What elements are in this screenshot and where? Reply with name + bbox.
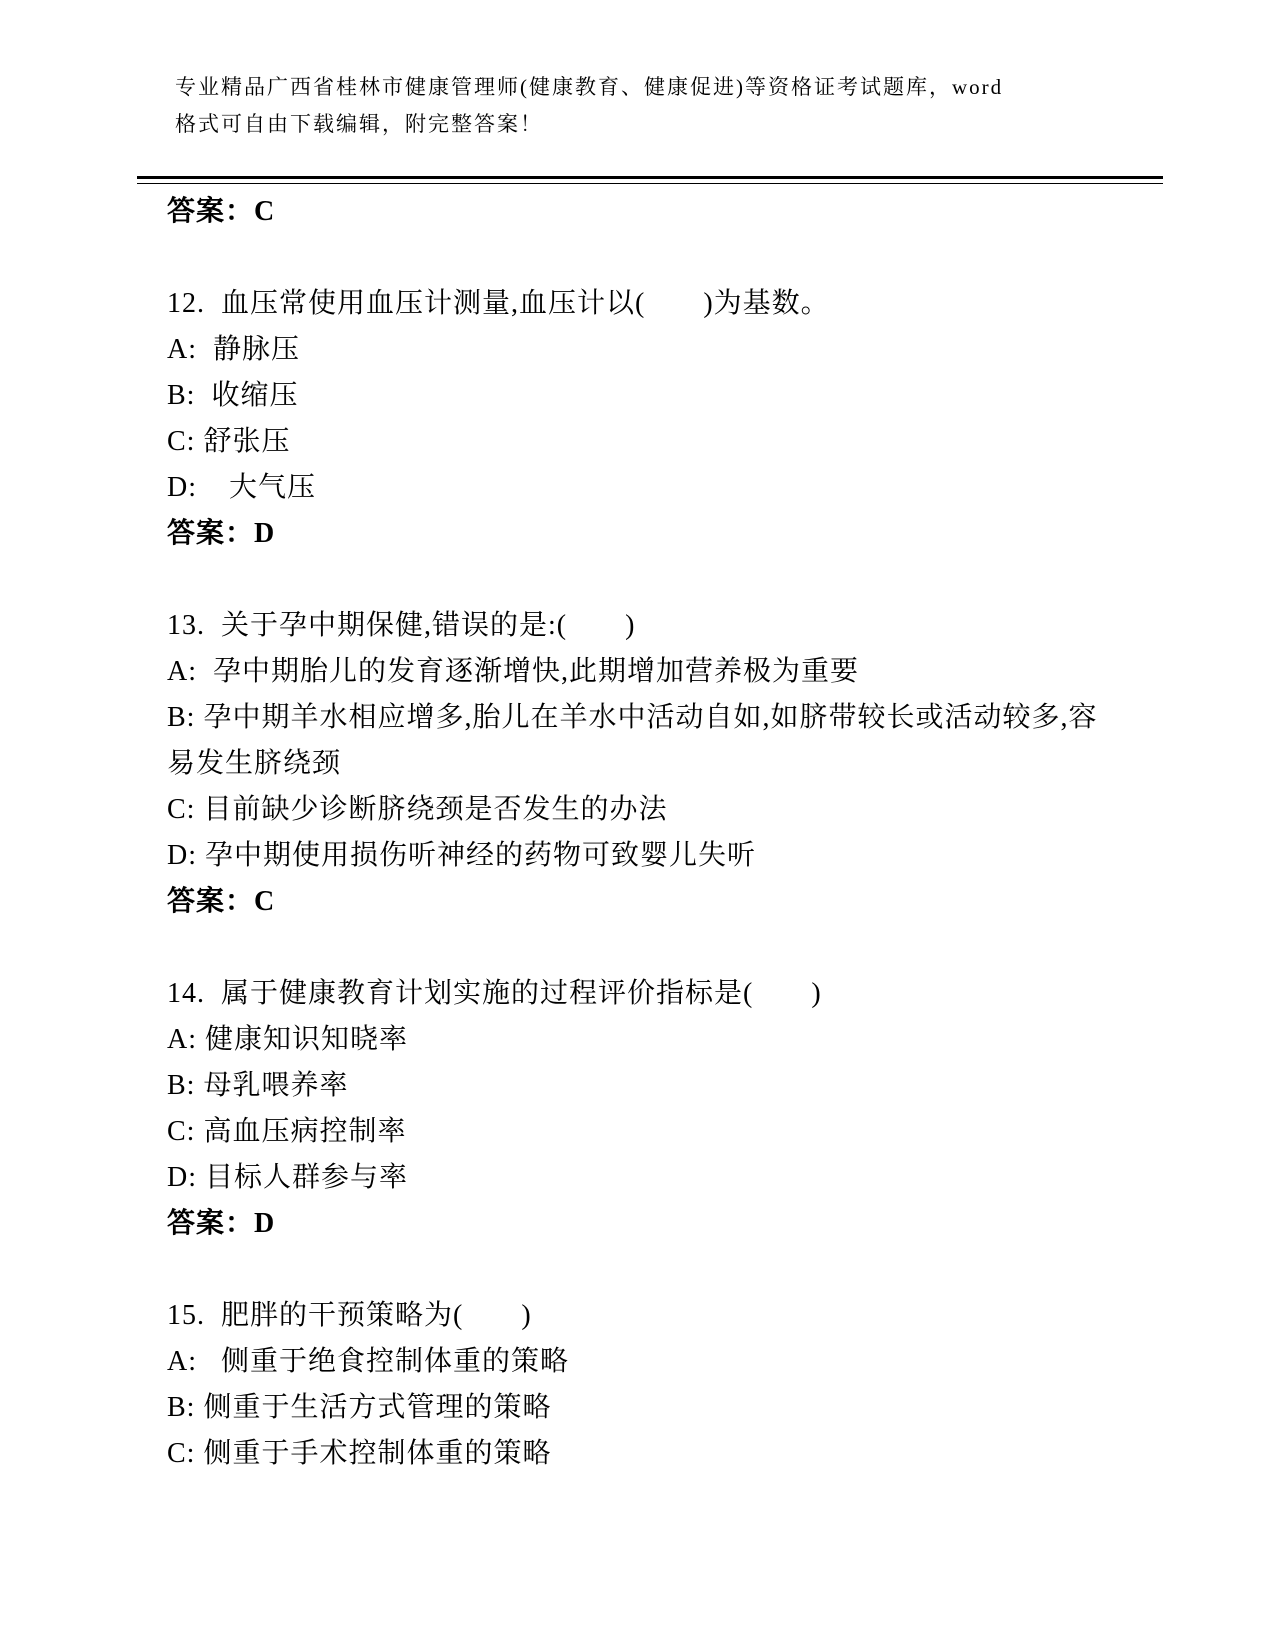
question-stem: 15. 肥胖的干预策略为( ) bbox=[167, 1293, 1102, 1339]
option-line: C: 侧重于手术控制体重的策略 bbox=[167, 1431, 1102, 1477]
option-line: B: 母乳喂养率 bbox=[167, 1063, 1102, 1109]
question-block-15: 15. 肥胖的干预策略为( ) A: 侧重于绝食控制体重的策略 B: 侧重于生活… bbox=[167, 1293, 1102, 1477]
answer-line: 答案：C bbox=[167, 879, 1102, 925]
option-line: D: 目标人群参与率 bbox=[167, 1155, 1102, 1201]
option-line: B: 侧重于生活方式管理的策略 bbox=[167, 1385, 1102, 1431]
question-stem: 13. 关于孕中期保健,错误的是:( ) bbox=[167, 603, 1102, 649]
question-stem: 12. 血压常使用血压计测量,血压计以( )为基数。 bbox=[167, 281, 1102, 327]
option-line: A: 孕中期胎儿的发育逐渐增快,此期增加营养极为重要 bbox=[167, 649, 1102, 695]
answer-line: 答案：D bbox=[167, 1201, 1102, 1247]
option-line: A: 健康知识知晓率 bbox=[167, 1017, 1102, 1063]
option-line: D: 孕中期使用损伤听神经的药物可致婴儿失听 bbox=[167, 833, 1102, 879]
question-stem: 14. 属于健康教育计划实施的过程评价指标是( ) bbox=[167, 971, 1102, 1017]
answer-line: 答案：D bbox=[167, 511, 1102, 557]
header-separator-rule bbox=[137, 176, 1163, 184]
option-line: D: 大气压 bbox=[167, 465, 1102, 511]
option-line: C: 高血压病控制率 bbox=[167, 1109, 1102, 1155]
document-header: 专业精品广西省桂林市健康管理师(健康教育、健康促进)等资格证考试题库，word … bbox=[167, 69, 1102, 143]
option-line: B: 孕中期羊水相应增多,胎儿在羊水中活动自如,如脐带较长或活动较多,容易发生脐… bbox=[167, 695, 1102, 787]
question-block-12: 12. 血压常使用血压计测量,血压计以( )为基数。 A: 静脉压 B: 收缩压… bbox=[167, 281, 1102, 557]
option-line: B: 收缩压 bbox=[167, 373, 1102, 419]
question-block-14: 14. 属于健康教育计划实施的过程评价指标是( ) A: 健康知识知晓率 B: … bbox=[167, 971, 1102, 1247]
option-line: A: 侧重于绝食控制体重的策略 bbox=[167, 1339, 1102, 1385]
header-line-2: 格式可自由下载编辑，附完整答案！ bbox=[167, 106, 1102, 143]
option-line: C: 目前缺少诊断脐绕颈是否发生的办法 bbox=[167, 787, 1102, 833]
option-line: A: 静脉压 bbox=[167, 327, 1102, 373]
header-line-1: 专业精品广西省桂林市健康管理师(健康教育、健康促进)等资格证考试题库，word bbox=[167, 69, 1102, 106]
document-page: 专业精品广西省桂林市健康管理师(健康教育、健康促进)等资格证考试题库，word … bbox=[0, 0, 1275, 1650]
option-line: C: 舒张压 bbox=[167, 419, 1102, 465]
answer-line: 答案：C bbox=[167, 189, 1102, 235]
question-block-13: 13. 关于孕中期保健,错误的是:( ) A: 孕中期胎儿的发育逐渐增快,此期增… bbox=[167, 603, 1102, 925]
